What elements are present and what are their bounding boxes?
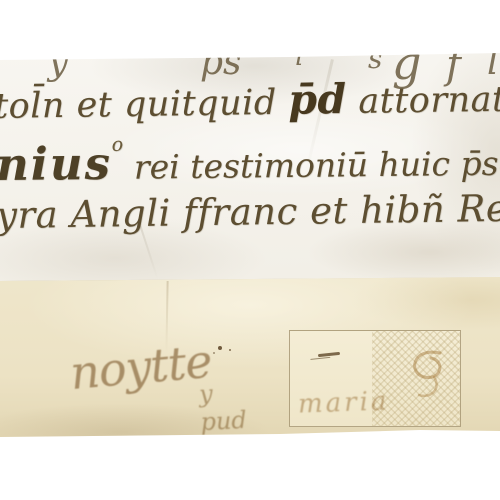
script-line-2-text: attornat in [346,79,500,122]
ink-flourish-loop [400,345,452,403]
script-line-2-abbreviation: p̄d [288,75,347,124]
script-line-2-text: tol̄n et quitquid [0,83,289,127]
docket-script-main: noytte [68,334,214,400]
ink-speck [218,346,222,350]
docket-inscription: noytte y pud [68,334,214,400]
script-line-3: niuso rei testimoniū huic p̄sent f [0,129,500,191]
script-line-2: tol̄n et quitquid p̄d attornat in [0,72,500,128]
script-line-3-text: rei testimoniū huic p̄sent f [123,143,500,187]
patch-inscription: maria [298,386,390,419]
script-line-3-large-word: nius [0,137,112,191]
ink-dash [318,352,340,357]
script-line-4: yra Angli ffranc et hibñ Regin [0,186,500,237]
script-fragment: y [48,42,68,83]
script-fragment: i [295,42,303,72]
script-fragment: s [368,42,382,75]
repair-patch: maria [289,330,461,427]
manuscript-photo: y ps i s g f l tol̄n et quitquid p̄d att… [0,0,500,500]
docket-script-small: y pud [198,378,247,436]
script-line-3-superscript: o [112,134,124,156]
